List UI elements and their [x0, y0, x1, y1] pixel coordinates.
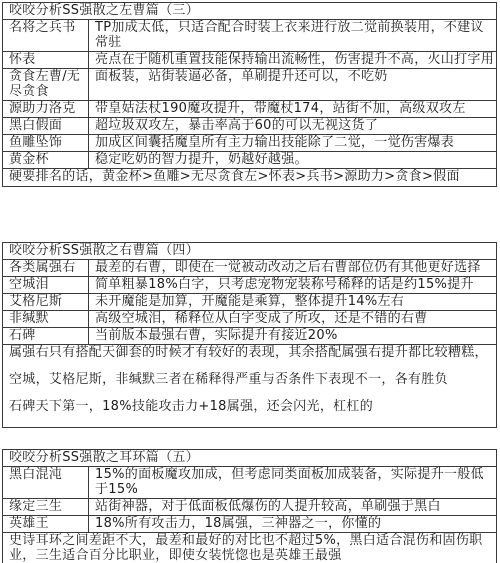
table-row: 石碑 当前版本最强右曹，实际提升有接近20%: [3, 328, 497, 345]
table-row: 名将之兵书 TP加成太低，只适合配合时装上衣来进行放二觉前换装用，不建议常驻: [3, 20, 497, 52]
table-footer-row: 硬要排名的话，黄金杯>鱼雕>无尽贪食左>怀表>兵书>源助力>贪食>假面: [3, 169, 497, 187]
item-desc-cell: 未开魔能是加算，开魔能是乘算，整体提升14%左右: [89, 294, 497, 311]
analysis-summary: 史诗耳环之间差距不大，最差和最好的对比也不超过5%，黑白适合混伤和固伤职业，三生…: [3, 533, 497, 563]
item-desc-cell: 简单粗暴18%白字，只考虑宠物宠装称号稀释的话是约15%提升: [89, 277, 497, 294]
table-title-row: 咬咬分析SS强散之右曹篇（四）: [3, 243, 497, 260]
item-name-cell: 黄金杯: [3, 152, 89, 169]
summary-line: 石碑天下第一，18%技能攻击力+18属强，还会闪光，杠杠的: [9, 399, 492, 414]
table-title: 咬咬分析SS强散之耳环篇（五）: [3, 450, 497, 467]
table-left-slot-analysis: 咬咬分析SS强散之左曹篇（三） 名将之兵书 TP加成太低，只适合配合时装上衣来进…: [2, 2, 497, 187]
table-footer-row: 史诗耳环之间差距不大，最差和最好的对比也不超过5%，黑白适合混伤和固伤职业，三生…: [3, 533, 497, 563]
item-desc-cell: 超垃圾双攻左，暴击率高于60的可以无视这货了: [89, 118, 497, 135]
table-row: 源助力洛克 带皇姑法杖190魔攻提升，带魔杖174，站街不加，高级双攻左: [3, 101, 497, 118]
item-name-cell: 黑白假面: [3, 118, 89, 135]
item-name-cell: 鱼雕坠饰: [3, 135, 89, 152]
table-row: 鱼雕坠饰 加成区间囊括魔皇所有主力输出技能除了二觉，一觉伤害爆表: [3, 135, 497, 152]
summary-line: 空城，艾格尼斯，非缄默三者在稀释得严重与否条件下表现不一，各有胜负: [9, 372, 492, 387]
table-title: 咬咬分析SS强散之右曹篇（四）: [3, 243, 497, 260]
table-title-row: 咬咬分析SS强散之左曹篇（三）: [3, 3, 497, 20]
item-desc-cell: 面板装，站街装逼必备，单刷提升还可以，不吃奶: [89, 69, 497, 101]
item-name-cell: 缘定三生: [3, 499, 89, 516]
table-earring-analysis: 咬咬分析SS强散之耳环篇（五） 黑白混沌 15%的面板魔攻加成，但考虑同类面板加…: [2, 449, 497, 563]
ranking-summary: 硬要排名的话，黄金杯>鱼雕>无尽贪食左>怀表>兵书>源助力>贪食>假面: [3, 169, 497, 187]
item-desc-cell: TP加成太低，只适合配合时装上衣来进行放二觉前换装用，不建议常驻: [89, 20, 497, 52]
table-row: 贪食左曹/无尽贪食 面板装，站街装逼必备，单刷提升还可以，不吃奶: [3, 69, 497, 101]
table-footer-row: 属强右只有搭配天御套的时候才有较好的表现，其余搭配属强右提升都比较糟糕， 空城，…: [3, 345, 497, 428]
item-desc-cell: 15%的面板魔攻加成，但考虑同类面板加成装备，实际提升一般低于15%: [89, 467, 497, 499]
item-name-cell: 怀表: [3, 52, 89, 69]
item-desc-cell: 加成区间囊括魔皇所有主力输出技能除了二觉，一觉伤害爆表: [89, 135, 497, 152]
scanned-document-page: { "colors": { "background": "#ffffff", "…: [0, 0, 500, 563]
table-row: 黄金杯 稳定吃奶的智力提升，奶越好越强。: [3, 152, 497, 169]
table-right-slot-analysis: 咬咬分析SS强散之右曹篇（四） 各类属强右 最差的右曹，即使在一觉被动改动之后右…: [2, 242, 497, 428]
item-name-cell: 石碑: [3, 328, 89, 345]
item-desc-cell: 带皇姑法杖190魔攻提升，带魔杖174，站街不加，高级双攻左: [89, 101, 497, 118]
analysis-summary: 属强右只有搭配天御套的时候才有较好的表现，其余搭配属强右提升都比较糟糕， 空城，…: [3, 345, 497, 428]
item-name-cell: 黑白混沌: [3, 467, 89, 499]
item-desc-cell: 当前版本最强右曹，实际提升有接近20%: [89, 328, 497, 345]
table-row: 黑白混沌 15%的面板魔攻加成，但考虑同类面板加成装备，实际提升一般低于15%: [3, 467, 497, 499]
table-row: 英雄王 18%所有攻击力，18属强，三神器之一，你懂的: [3, 516, 497, 533]
item-name-cell: 各类属强右: [3, 260, 89, 277]
item-name-cell: 艾格尼斯: [3, 294, 89, 311]
table-row: 黑白假面 超垃圾双攻左，暴击率高于60的可以无视这货了: [3, 118, 497, 135]
table-row: 空城泪 简单粗暴18%白字，只考虑宠物宠装称号稀释的话是约15%提升: [3, 277, 497, 294]
item-name-cell: 非缄默: [3, 311, 89, 328]
table-row: 艾格尼斯 未开魔能是加算，开魔能是乘算，整体提升14%左右: [3, 294, 497, 311]
item-name-cell: 名将之兵书: [3, 20, 89, 52]
table-row: 非缄默 高级空城泪，稀释位从白字变成了所攻，还是不错的右曹: [3, 311, 497, 328]
table-title: 咬咬分析SS强散之左曹篇（三）: [3, 3, 497, 20]
item-name-cell: 贪食左曹/无尽贪食: [3, 69, 89, 101]
table-title-row: 咬咬分析SS强散之耳环篇（五）: [3, 450, 497, 467]
item-desc-cell: 稳定吃奶的智力提升，奶越好越强。: [89, 152, 497, 169]
item-desc-cell: 18%所有攻击力，18属强，三神器之一，你懂的: [89, 516, 497, 533]
item-name-cell: 英雄王: [3, 516, 89, 533]
item-name-cell: 源助力洛克: [3, 101, 89, 118]
item-desc-cell: 亮点在于随机重置技能保持输出流畅性，伤害提升不高，火山打字用: [89, 52, 497, 69]
item-name-cell: 空城泪: [3, 277, 89, 294]
item-desc-cell: 最差的右曹，即使在一觉被动改动之后右曹部位仍有其他更好选择: [89, 260, 497, 277]
table-row: 缘定三生 站街神器，对于低面板低爆伤的人提升较高，单刷强于黑白: [3, 499, 497, 516]
item-desc-cell: 高级空城泪，稀释位从白字变成了所攻，还是不错的右曹: [89, 311, 497, 328]
table-row: 怀表 亮点在于随机重置技能保持输出流畅性，伤害提升不高，火山打字用: [3, 52, 497, 69]
table-row: 各类属强右 最差的右曹，即使在一觉被动改动之后右曹部位仍有其他更好选择: [3, 260, 497, 277]
summary-line: 属强右只有搭配天御套的时候才有较好的表现，其余搭配属强右提升都比较糟糕，: [9, 345, 492, 360]
item-desc-cell: 站街神器，对于低面板低爆伤的人提升较高，单刷强于黑白: [89, 499, 497, 516]
